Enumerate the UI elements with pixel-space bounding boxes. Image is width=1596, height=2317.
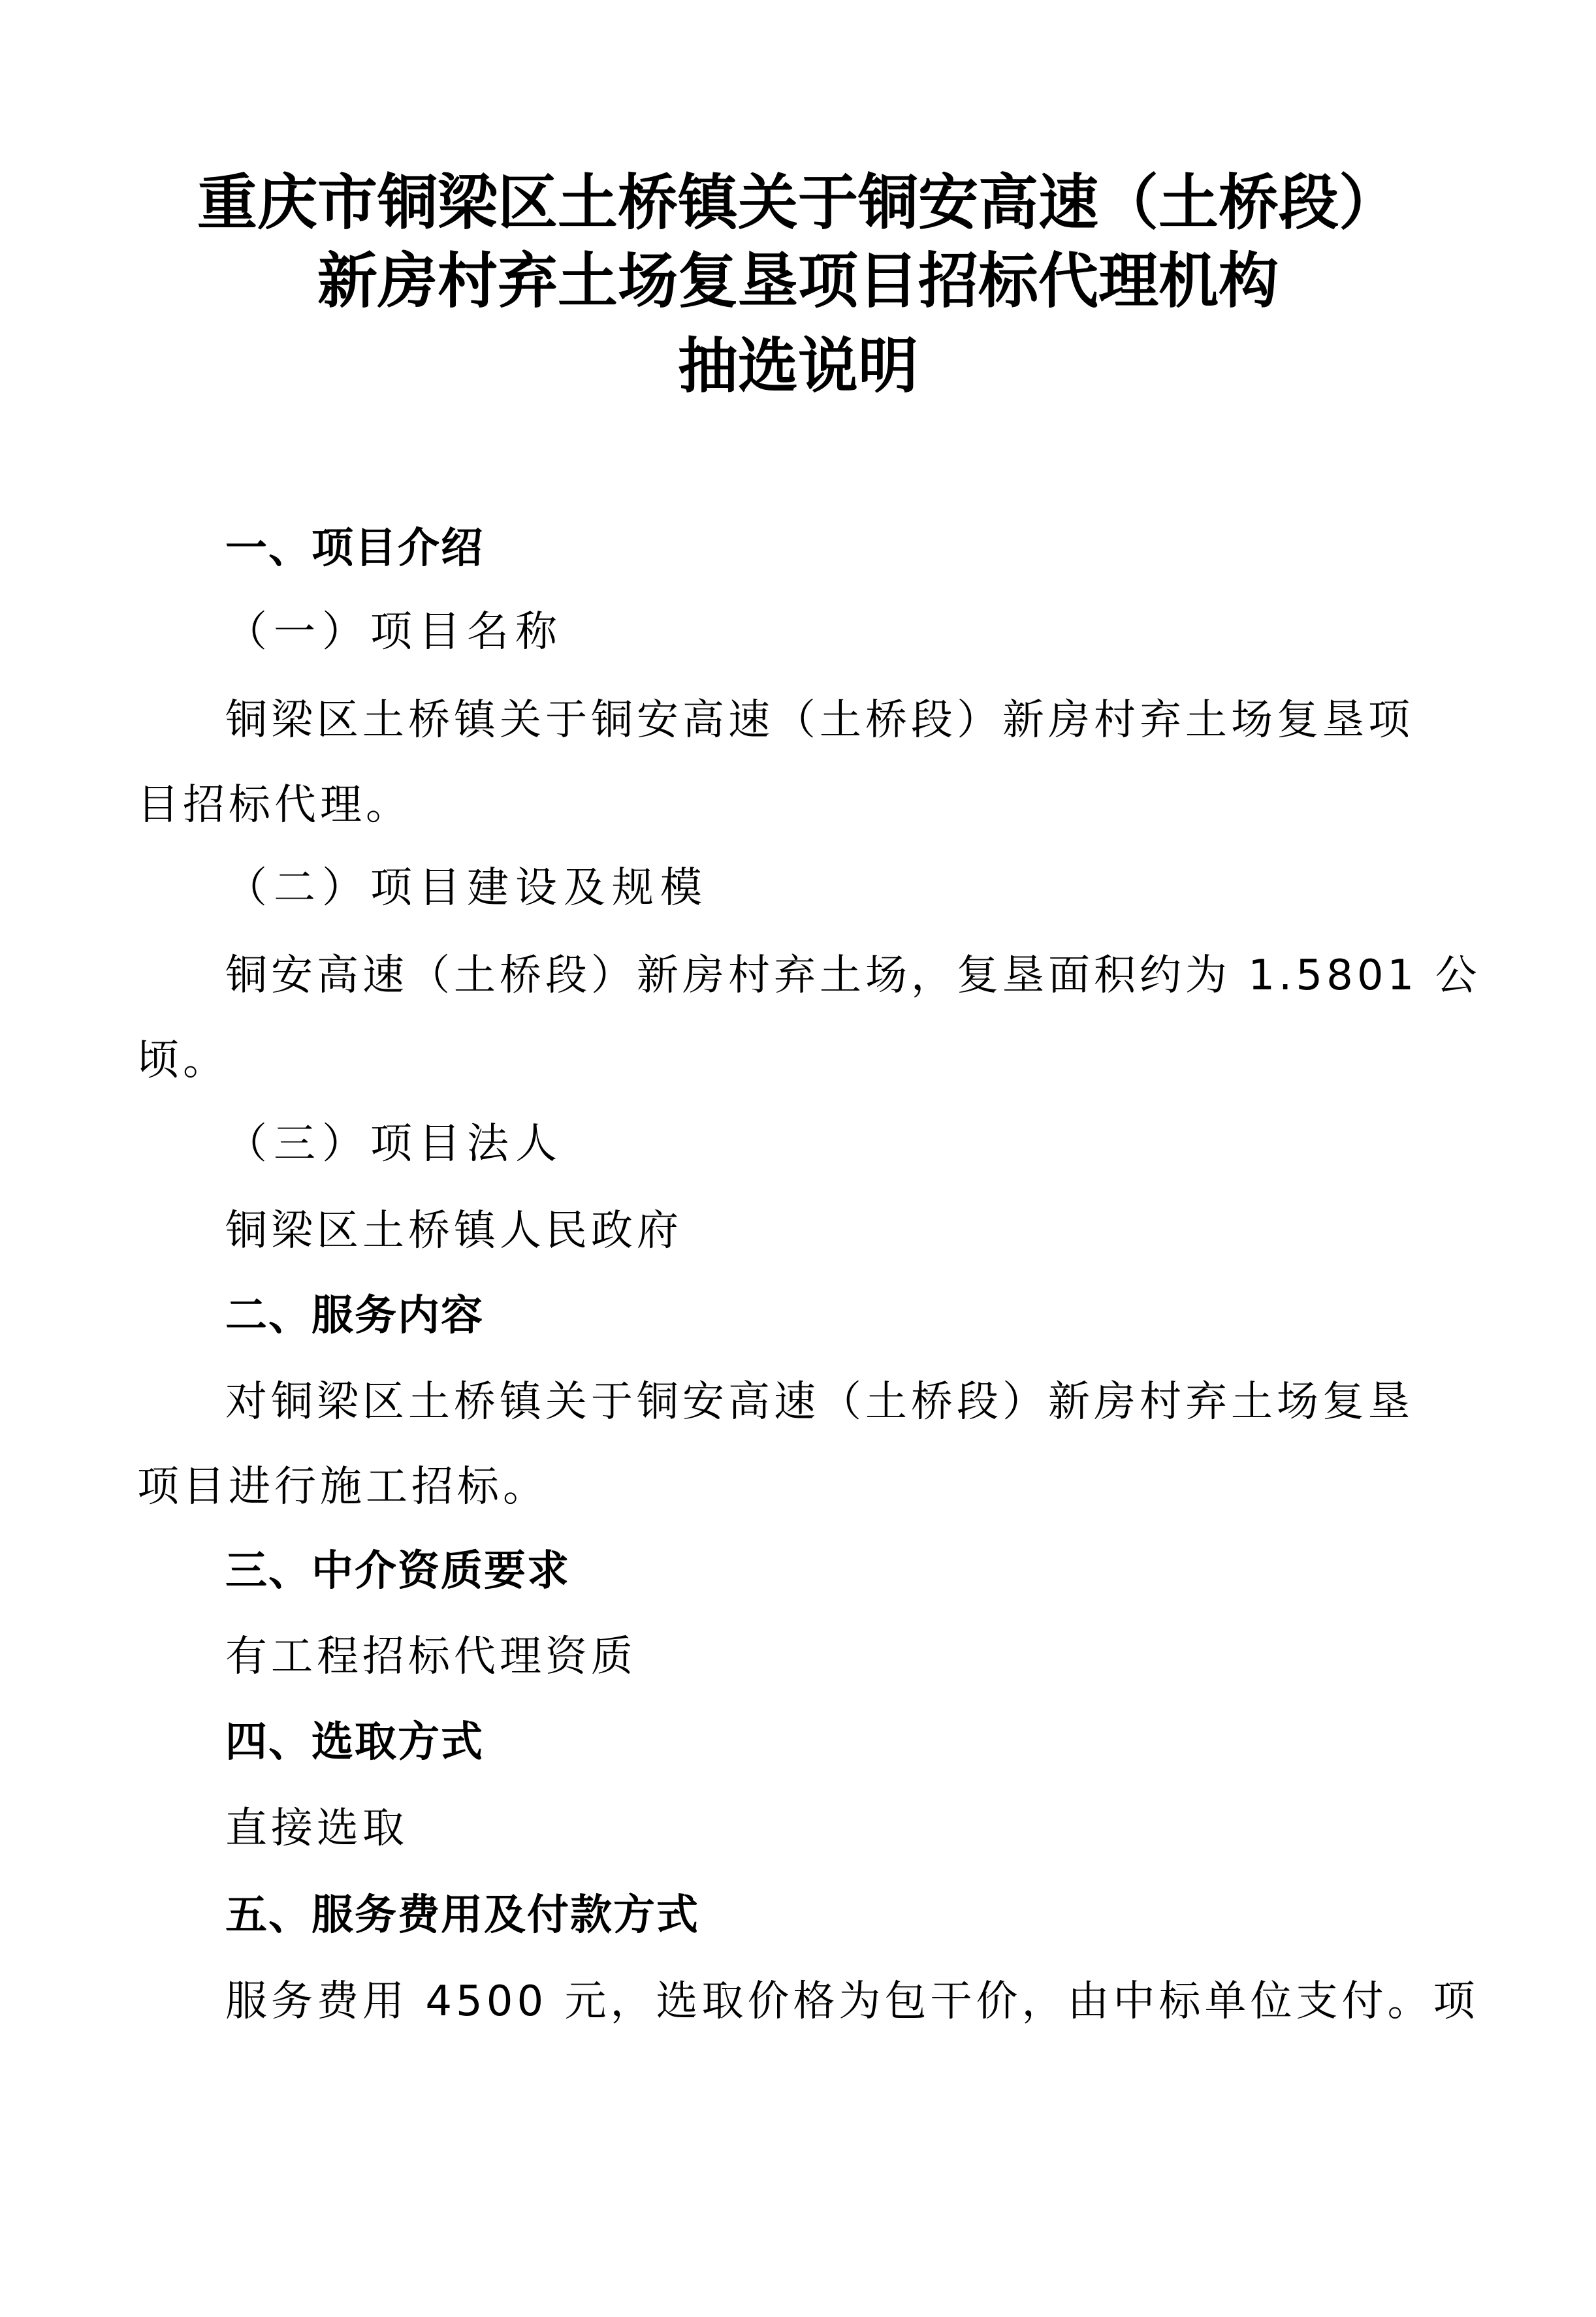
- body-line: 对铜梁区土桥镇关于铜安高速（土桥段）新房村弃土场复垦: [225, 1376, 1414, 1428]
- section-heading-project-intro: 一、项目介绍: [225, 522, 484, 575]
- document-page: 重庆市铜梁区土桥镇关于铜安高速（土桥段） 新房村弃土场复垦项目招标代理机构 抽选…: [0, 0, 1596, 2317]
- body-line: 铜梁区土桥镇人民政府: [225, 1205, 682, 1257]
- section-heading-selection-method: 四、选取方式: [225, 1716, 484, 1768]
- document-title-line-3: 抽选说明: [0, 330, 1596, 402]
- section-heading-fees-and-payment: 五、服务费用及付款方式: [225, 1889, 699, 1941]
- body-line: 有工程招标代理资质: [225, 1631, 637, 1683]
- body-line: 服务费用 4500 元，选取价格为包干价，由中标单位支付。项: [225, 1975, 1479, 2028]
- document-title-line-2: 新房村弃土场复垦项目招标代理机构: [0, 245, 1596, 317]
- section-heading-qualification-requirements: 三、中介资质要求: [225, 1545, 570, 1597]
- subsection-heading-project-name: （一）项目名称: [225, 606, 564, 658]
- body-line: 目招标代理。: [137, 779, 411, 831]
- body-line: 铜梁区土桥镇关于铜安高速（土桥段）新房村弃土场复垦项: [225, 694, 1414, 746]
- body-line: 铜安高速（土桥段）新房村弃土场，复垦面积约为 1.5801 公: [225, 950, 1481, 1002]
- body-line: 直接选取: [225, 1802, 408, 1855]
- document-title-line-1: 重庆市铜梁区土桥镇关于铜安高速（土桥段）: [0, 167, 1596, 238]
- subsection-heading-project-legal-entity: （三）项目法人: [225, 1118, 564, 1170]
- body-line: 顷。: [137, 1034, 229, 1087]
- section-heading-service-content: 二、服务内容: [225, 1290, 484, 1342]
- body-line: 项目进行施工招标。: [137, 1461, 549, 1513]
- subsection-heading-project-scale: （二）项目建设及规模: [225, 862, 709, 914]
